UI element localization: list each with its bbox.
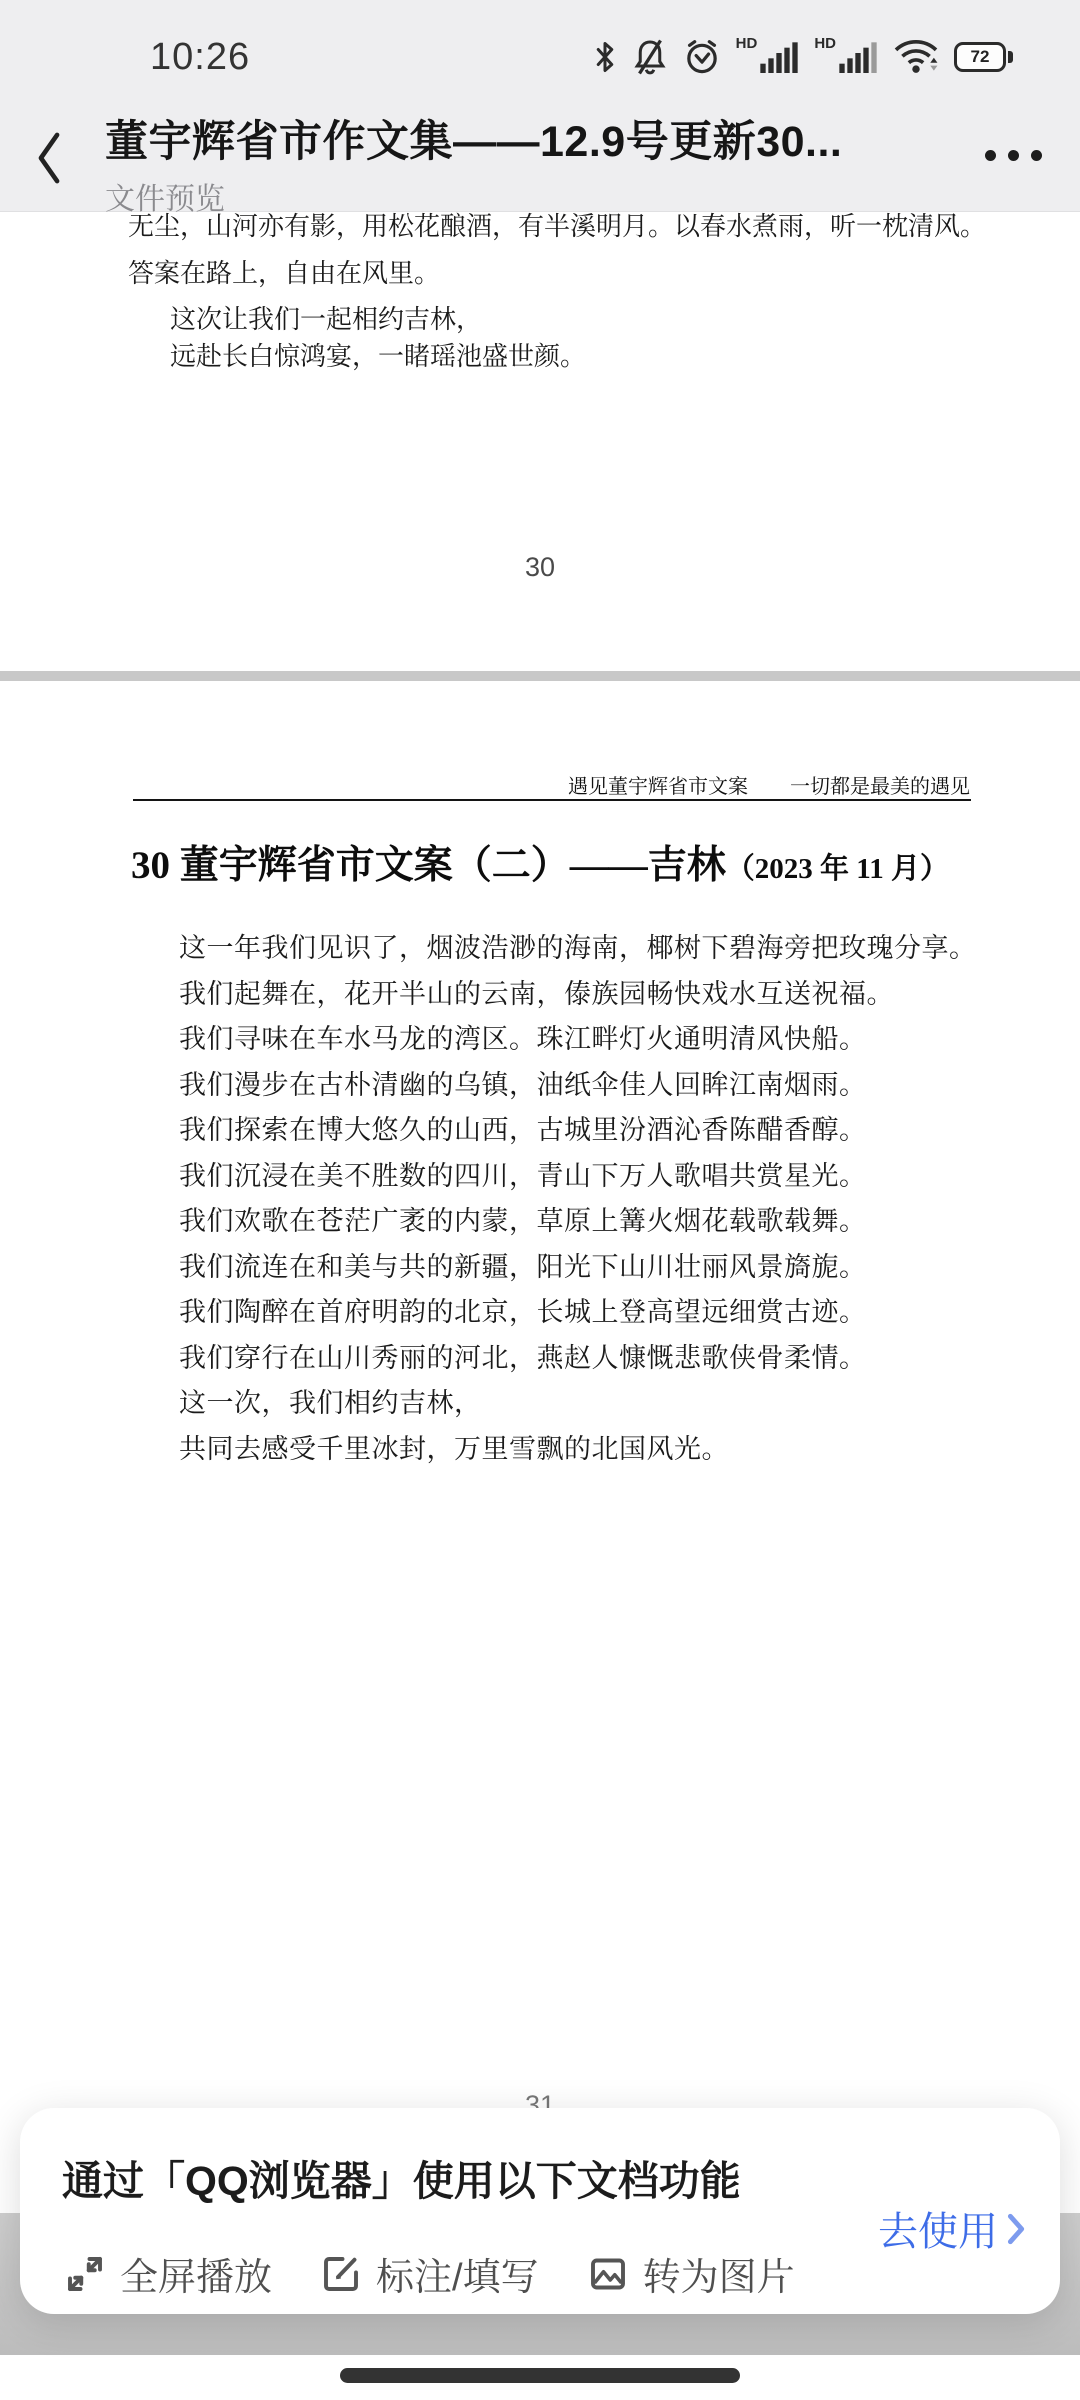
doc-line: 我们沉浸在美不胜数的四川，青山下万人歌唱共赏星光。 — [179, 1154, 867, 1193]
header-rule — [133, 799, 971, 801]
doc-line: 无尘，山河亦有影，用松花酿酒，有半溪明月。以春水煮雨，听一枕清风。 — [128, 206, 986, 243]
annotate-fill-option[interactable]: 标注/填写 — [320, 2246, 539, 2301]
more-menu-button[interactable] — [985, 140, 1042, 171]
header-titles: 董宇辉省市作文集——12.9号更新30... 文件预览 — [105, 108, 935, 218]
document-preview-scroll[interactable]: 无尘，山河亦有影，用松花酿酒，有半溪明月。以春水煮雨，听一枕清风。 答案在路上，… — [0, 212, 1080, 2400]
convert-to-image-option[interactable]: 转为图片 — [587, 2246, 795, 2301]
fullscreen-play-option[interactable]: 全屏播放 — [64, 2246, 272, 2301]
page-title: 董宇辉省市作文集——12.9号更新30... — [105, 108, 935, 169]
chevron-right-icon — [1006, 2212, 1026, 2246]
dot-icon — [1031, 150, 1042, 161]
edit-pen-icon — [320, 2253, 362, 2295]
doc-line: 这一年我们见识了，烟波浩渺的海南，椰树下碧海旁把玫瑰分享。 — [179, 926, 977, 965]
qq-browser-bottom-sheet: 通过「QQ浏览器」使用以下文档功能 去使用 全屏播放 标注/填写 — [20, 2108, 1060, 2314]
document-feature-options: 全屏播放 标注/填写 转为图片 — [64, 2246, 795, 2301]
home-indicator[interactable] — [340, 2368, 740, 2383]
dot-icon — [1008, 150, 1019, 161]
status-icons: HD HD — [593, 37, 1016, 77]
doc-line: 我们寻味在车水马龙的湾区。珠江畔灯火通明清风快船。 — [179, 1017, 867, 1056]
back-button[interactable] — [26, 128, 72, 188]
alarm-icon — [683, 37, 721, 77]
doc-line: 我们漫步在古朴清幽的乌镇，油纸伞佳人回眸江南烟雨。 — [179, 1063, 867, 1102]
clock-time: 10:26 — [150, 36, 250, 79]
section-title: 30 董宇辉省市文案（二）——吉林（2023 年 11 月） — [0, 834, 1080, 890]
doc-line: 我们起舞在，花开半山的云南，傣族园畅快戏水互送祝福。 — [179, 972, 894, 1011]
section-title-date: （2023 年 11 月） — [726, 853, 949, 885]
battery-percent: 72 — [971, 47, 990, 67]
battery-icon: 72 — [954, 41, 1016, 73]
image-icon — [587, 2253, 629, 2295]
doc-line: 共同去感受千里冰封，万里雪飘的北国风光。 — [179, 1427, 729, 1466]
doc-line: 这一次，我们相约吉林， — [179, 1381, 482, 1420]
signal-sim2-hd-icon: HD — [814, 37, 878, 77]
doc-line: 这次让我们一起相约吉林， — [170, 299, 482, 336]
doc-line: 我们穿行在山川秀丽的河北，燕赵人慷慨悲歌侠骨柔情。 — [179, 1336, 867, 1375]
doc-line: 我们陶醉在首府明韵的北京，长城上登高望远细赏古迹。 — [179, 1290, 867, 1329]
running-header: 遇见董宇辉省市文案一切都是最美的遇见 — [568, 770, 970, 799]
doc-line: 答案在路上，自由在风里。 — [128, 253, 440, 290]
status-bar: 10:26 HD HD — [0, 0, 1080, 100]
doc-line: 我们探索在博大悠久的山西，古城里汾酒沁香陈醋香醇。 — [179, 1108, 867, 1147]
sheet-prompt: 通过「QQ浏览器」使用以下文档功能 — [62, 2148, 741, 2207]
dot-icon — [985, 150, 996, 161]
app-header: 董宇辉省市作文集——12.9号更新30... 文件预览 — [0, 100, 1080, 212]
wifi-icon — [893, 37, 939, 77]
doc-line: 我们流连在和美与共的新疆，阳光下山川壮丽风景旖旎。 — [179, 1245, 867, 1284]
page-number-30: 30 — [0, 552, 1080, 583]
system-nav-area — [0, 2355, 1080, 2400]
go-use-button[interactable]: 去使用 — [878, 2200, 1026, 2257]
section-title-main: 30 董宇辉省市文案（二）——吉林 — [131, 844, 726, 887]
fullscreen-icon — [64, 2253, 106, 2295]
doc-line: 我们欢歌在苍茫广袤的内蒙，草原上篝火烟花载歌载舞。 — [179, 1199, 867, 1238]
notifications-off-icon — [632, 37, 668, 77]
doc-line: 远赴长白惊鸿宴，一睹瑶池盛世颜。 — [170, 336, 586, 373]
back-chevron-icon — [34, 130, 64, 186]
signal-sim1-hd-icon: HD — [736, 37, 800, 77]
bluetooth-icon — [593, 37, 617, 77]
page-divider — [0, 671, 1080, 681]
